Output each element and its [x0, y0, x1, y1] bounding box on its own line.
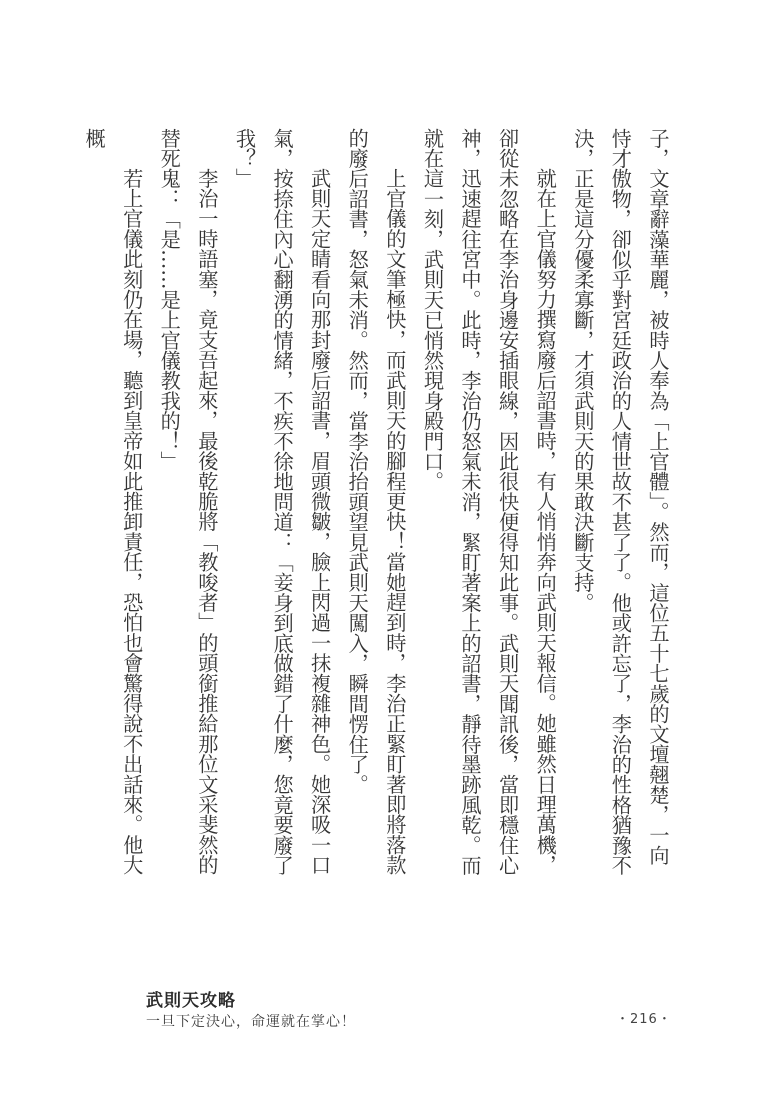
book-subtitle: 一旦下定決心，命運就在掌心！ — [146, 1012, 356, 1032]
paragraph-3: 上官儀的文筆極快，而武則天的腳程更快！當她趕到時，李治正緊盯著即將落款的廢后詔書… — [338, 128, 413, 880]
body-text-vertical: 子，文章辭藻華麗，被時人奉為「上官體」。然而，這位五十七歲的文壇翹楚，一向恃才傲… — [116, 128, 676, 880]
paragraph-5: 李治一時語塞，竟支吾起來，最後乾脆將「教唆者」的頭銜推給那位文采斐然的替死鬼：「… — [150, 128, 225, 880]
paragraph-2: 就在上官儀努力撰寫廢后詔書時，有人悄悄奔向武則天報信。她雖然日理萬機，卻從未忽略… — [413, 128, 563, 880]
page-number: ・216・ — [616, 1008, 672, 1027]
book-title: 武則天攻略 — [146, 990, 356, 1012]
paragraph-1: 子，文章辭藻華麗，被時人奉為「上官體」。然而，這位五十七歲的文壇翹楚，一向恃才傲… — [563, 128, 676, 880]
book-page: 子，文章辭藻華麗，被時人奉為「上官體」。然而，這位五十七歲的文壇翹楚，一向恃才傲… — [0, 0, 776, 1100]
paragraph-4: 武則天定睛看向那封廢后詔書，眉頭微皺，臉上閃過一抹複雜神色。她深吸一口氣，按捺住… — [225, 128, 338, 880]
paragraph-6: 若上官儀此刻仍在場，聽到皇帝如此推卸責任，恐怕也會驚得說不出話來。他大概 — [75, 128, 150, 880]
running-footer: 武則天攻略 一旦下定決心，命運就在掌心！ — [146, 990, 356, 1032]
